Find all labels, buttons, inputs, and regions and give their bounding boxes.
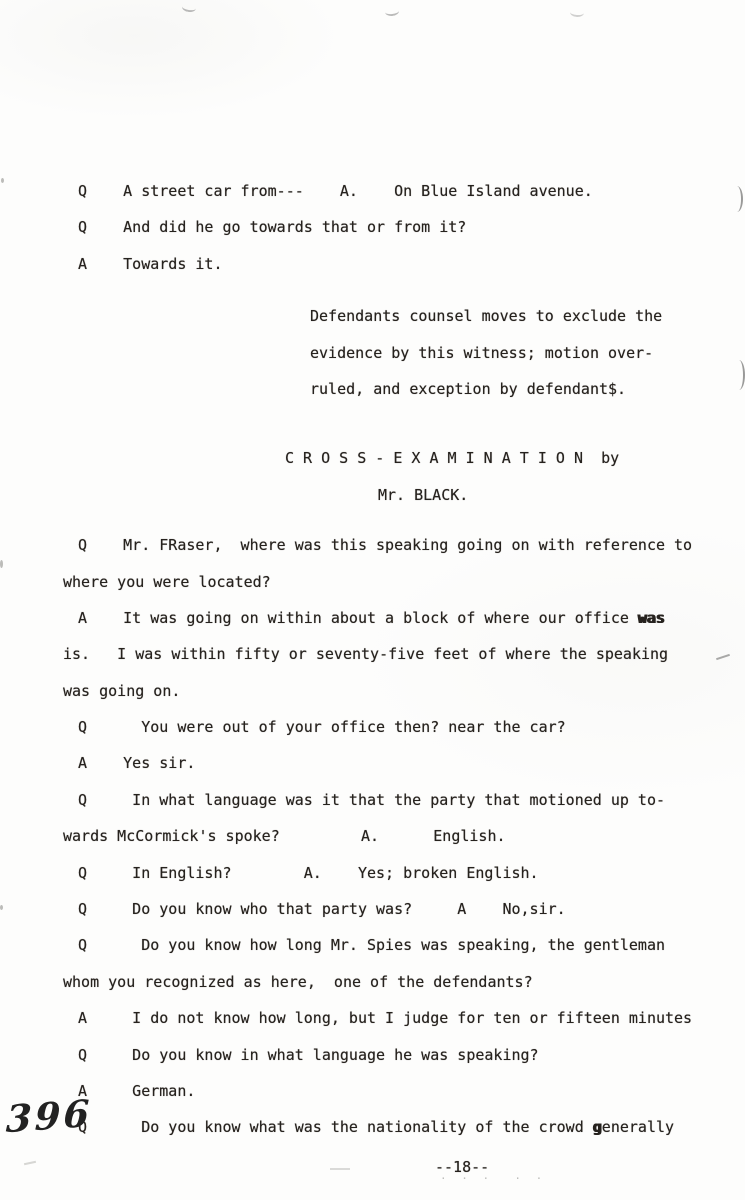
continuation-line: wards McCormick's spoke? A. English. (63, 827, 745, 863)
qa-line: Q And did he go towards that or from it? (78, 218, 745, 254)
qa-line-text: enerally (602, 1118, 674, 1136)
qa-line: Q You were out of your office then? near… (78, 718, 745, 754)
section-heading: C R O S S - E X A M I N A T I O N by (285, 449, 745, 485)
binding-mark (731, 186, 743, 212)
binding-mark (733, 360, 745, 390)
qa-line: A Yes sir. (78, 754, 745, 790)
overstruck-word: was (638, 609, 665, 627)
scan-speck (1, 178, 4, 183)
court-note-line: evidence by this witness; motion over- (310, 344, 745, 380)
qa-line: A German. (78, 1082, 745, 1118)
qa-line: Q In what language was it that the party… (78, 791, 745, 827)
handwritten-margin-annotation: 396 (5, 1091, 93, 1141)
scan-speck (0, 905, 3, 910)
court-note-line: Defendants counsel moves to exclude the (310, 307, 745, 343)
qa-line: Q Do you know how long Mr. Spies was spe… (78, 936, 745, 972)
continuation-line: is. I was within fifty or seventy-five f… (63, 645, 745, 681)
qa-line-text: A It was going on within about a block o… (78, 609, 638, 627)
court-note-line: ruled, and exception by defendant$. (310, 380, 745, 416)
qa-line: Q Do you know in what language he was sp… (78, 1046, 745, 1082)
qa-line-text: Q Do you know what was the nationality o… (78, 1118, 593, 1136)
qa-line: A Towards it. (78, 255, 745, 291)
continuation-line: was going on. (63, 682, 745, 718)
scan-ghost-marks: · · · · · (440, 1172, 546, 1185)
scan-speck (0, 560, 3, 568)
qa-line: A I do not know how long, but I judge fo… (78, 1009, 745, 1045)
examiner-name: Mr. BLACK. (378, 486, 745, 522)
scan-mark (330, 1168, 350, 1170)
qa-line: Q A street car from--- A. On Blue Island… (78, 182, 745, 218)
qa-line: Q Do you know who that party was? A No,s… (78, 900, 745, 936)
scanned-transcript-page: Q A street car from--- A. On Blue Island… (0, 0, 745, 1200)
qa-line: A It was going on within about a block o… (78, 609, 745, 645)
qa-line: Q Do you know what was the nationality o… (78, 1118, 745, 1154)
qa-line: Q Mr. FRaser, where was this speaking go… (78, 536, 745, 572)
qa-line: Q In English? A. Yes; broken English. (78, 864, 745, 900)
transcript-body: Q A street car from--- A. On Blue Island… (0, 0, 745, 1194)
continuation-line: whom you recognized as here, one of the … (63, 973, 745, 1009)
overstruck-letter: g (593, 1118, 602, 1136)
continuation-line: where you were located? (63, 573, 745, 609)
